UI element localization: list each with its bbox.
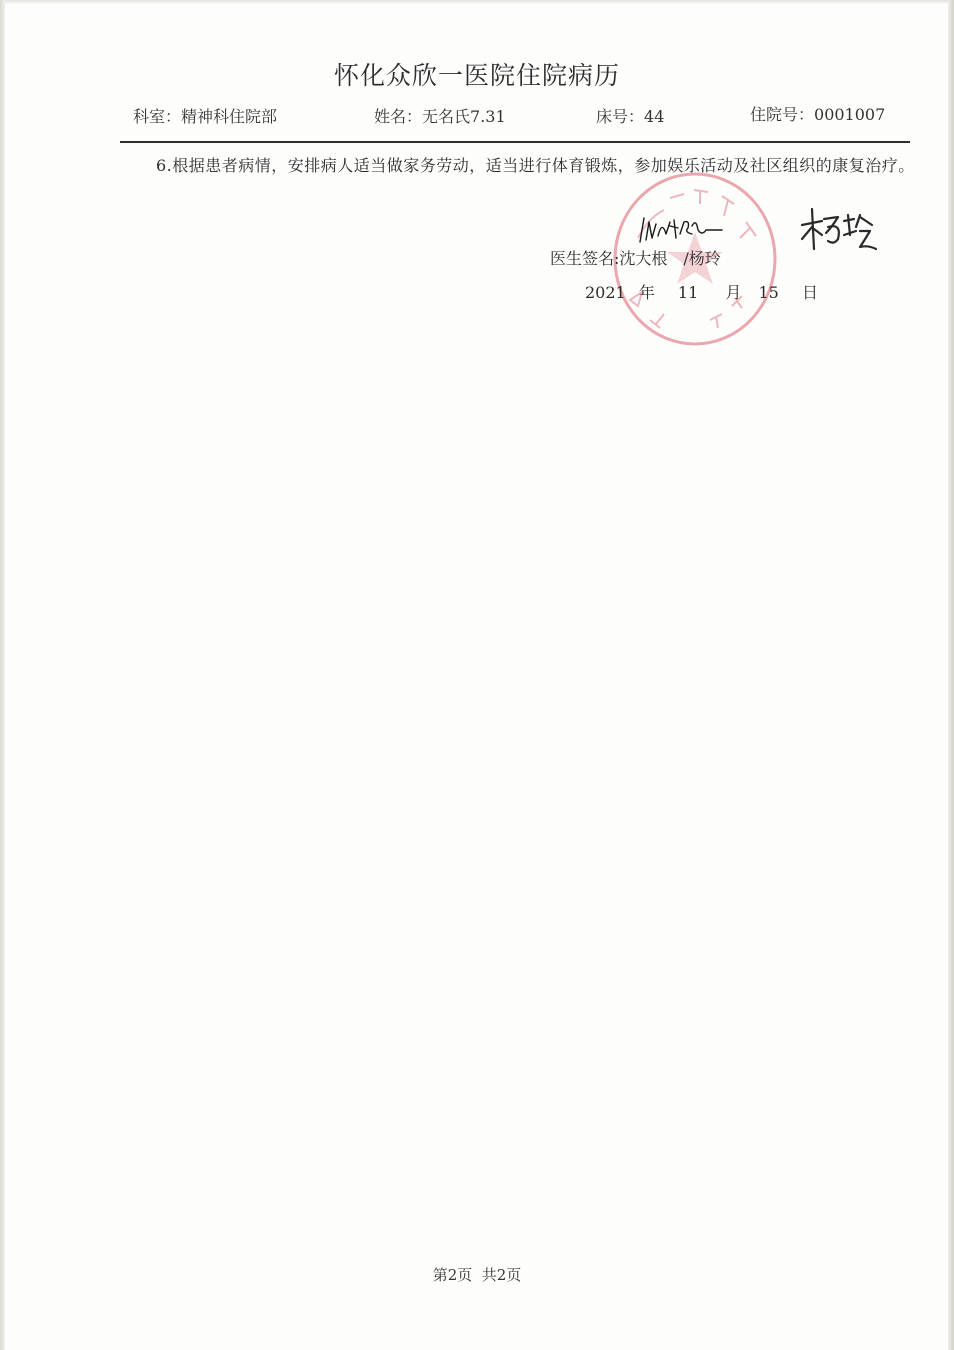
bed-number-value: 44 [644,107,664,126]
date-day-unit: 日 [802,280,818,303]
signature-doctors: 沈大根 /杨玲 [619,249,720,268]
page-number: 第2页 共2页 [0,1264,954,1285]
treatment-paragraph: 6.根据患者病情，安排病人适当做家务劳动，适当进行体育锻炼，参加娱乐活动及社区组… [118,147,918,185]
handwritten-signature-shen-icon [636,212,726,246]
document-page: 怀化众欣一医院住院病历 科室：精神科住院部 姓名：无名氏7.31 床号：44 住… [0,0,954,1350]
bed-number-label: 床号： [596,107,644,126]
patient-name-label: 姓名： [374,107,422,126]
date-day: 15 [758,283,778,302]
scan-edge-left [0,0,5,1350]
date-month: 11 [678,283,698,302]
signature-label: 医生签名: [550,249,619,268]
date-year-unit: 年 [639,280,655,303]
handwritten-signature-yang-icon [798,205,880,253]
patient-name-value: 无名氏7.31 [422,107,506,126]
document-title: 怀化众欣一医院住院病历 [0,56,954,92]
admission-number-field: 住院号：0001007 [750,102,885,125]
signature-date: 2021 年 11 月 15 日 [585,280,818,303]
admission-number-label: 住院号： [750,105,814,124]
bed-number-field: 床号：44 [596,104,664,127]
department-value: 精神科住院部 [181,107,277,126]
admission-number-value: 0001007 [814,105,885,124]
header-divider [120,141,910,143]
scan-edge-top [0,0,954,4]
doctor-signature: 医生签名:沈大根 /杨玲 [550,246,721,269]
department-field: 科室：精神科住院部 [133,104,277,127]
department-label: 科室： [133,107,181,126]
date-month-unit: 月 [725,280,741,303]
date-year: 2021 [585,283,626,302]
patient-name-field: 姓名：无名氏7.31 [374,104,506,127]
scan-edge-right [948,0,954,1350]
